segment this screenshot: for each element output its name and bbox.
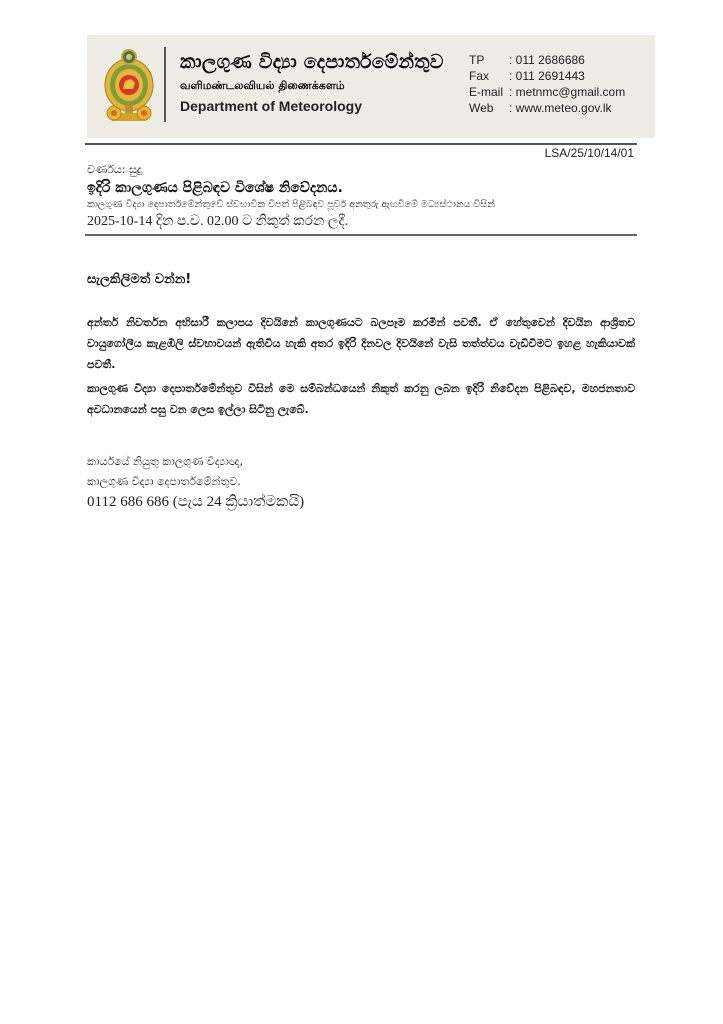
contact-label: E-mail xyxy=(469,84,509,100)
contact-value: : 011 2691443 xyxy=(509,68,585,84)
contact-label: Fax xyxy=(469,68,509,84)
contact-phone: TP : 011 2686686 xyxy=(469,52,625,68)
body-paragraph: කාලගුණ විද්‍යා දෙපාර්තමේන්තුව විසින් මෙ … xyxy=(87,378,635,420)
national-emblem-icon xyxy=(101,47,157,127)
body-paragraph: අන්තර් නිවර්තන අභිසාරී කලාපය දිවයිනේ කාල… xyxy=(87,312,635,375)
contact-value[interactable]: : metnmc@gmail.com xyxy=(509,84,625,100)
signoff-department: කාලගුණ විද්‍යා දෙපාර්තමේන්තුව. xyxy=(87,472,304,492)
contact-block: TP : 011 2686686 Fax : 011 2691443 E-mai… xyxy=(469,52,625,116)
contact-web: Web : www.meteo.gov.lk xyxy=(469,100,625,116)
classification-label: වර්ණය: සුදු xyxy=(87,163,142,177)
alert-heading: සැලකිලිමත් වන්න! xyxy=(87,272,191,287)
department-name-english: Department of Meteorology xyxy=(180,98,362,114)
reference-number: LSA/25/10/14/01 xyxy=(545,146,634,160)
department-name-sinhala: කාලගුණ විද්‍යා දෙපාර්තමේන්තුව xyxy=(180,51,444,73)
contact-label: TP xyxy=(469,52,509,68)
contact-fax: Fax : 011 2691443 xyxy=(469,68,625,84)
header-divider xyxy=(164,47,166,122)
signoff-block: කාර්යයේ නියුතු කාලගුණ විද්‍යාඥ, කාලගුණ ව… xyxy=(87,452,304,512)
signoff-title: කාර්යයේ නියුතු කාලගුණ විද්‍යාඥ, xyxy=(87,452,304,472)
divider-bottom xyxy=(85,234,637,236)
issued-timestamp: 2025-10-14 දින ප.ව. 02.00 ට නිකුත් කරන ල… xyxy=(87,214,348,230)
contact-value: : 011 2686686 xyxy=(509,52,585,68)
department-name-tamil: வளிமண்டலவியல் திணைக்களம் xyxy=(180,79,345,94)
contact-label: Web xyxy=(469,100,509,116)
contact-value[interactable]: : www.meteo.gov.lk xyxy=(509,100,611,116)
issuer-line: කාලගුණ විද්‍යා දෙපාර්තමේන්තුවේ ස්වභාවික … xyxy=(87,199,495,210)
notice-title: ඉදිරි කාලගුණය පිළිබඳව විශේෂ නිවේදනය. xyxy=(87,180,343,196)
divider-top xyxy=(85,143,637,145)
contact-email: E-mail : metnmc@gmail.com xyxy=(469,84,625,100)
letterhead: කාලගුණ විද්‍යා දෙපාර්තමේන්තුව வளிமண்டலவி… xyxy=(87,35,655,138)
signoff-phone: 0112 686 686 (පැය 24 ක්‍රියාත්මකයි) xyxy=(87,492,304,512)
